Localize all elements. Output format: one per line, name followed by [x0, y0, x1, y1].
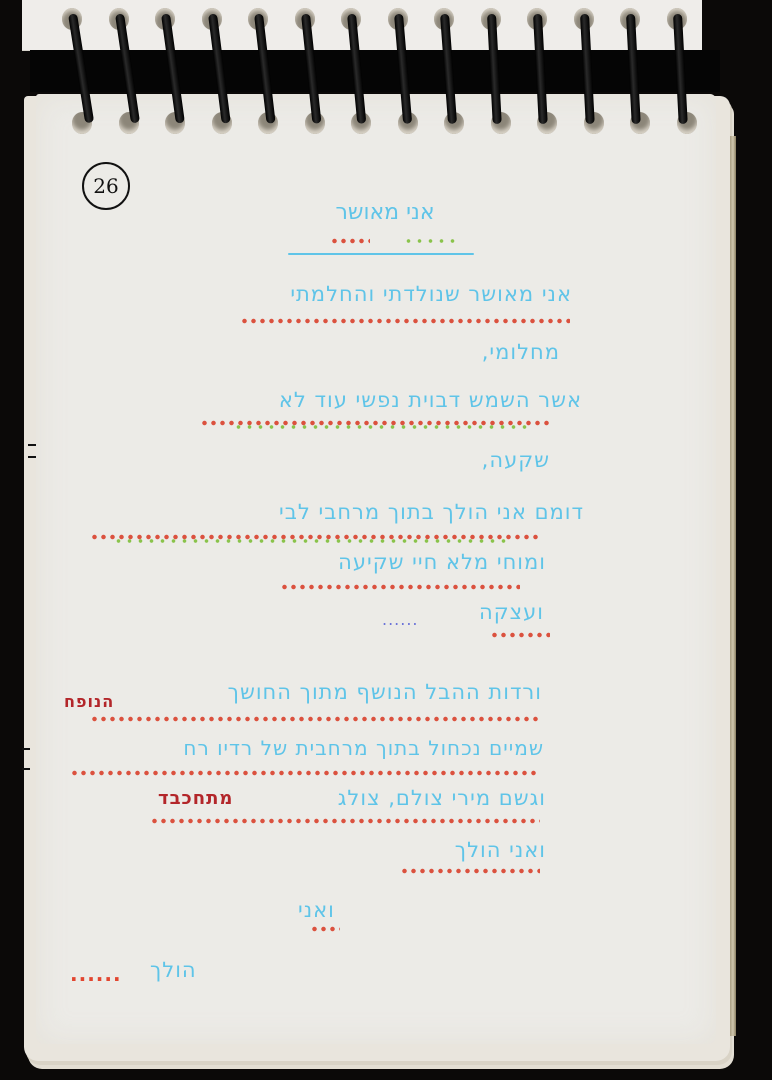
- vowel-points: [400, 238, 460, 244]
- vowel-points: [400, 868, 540, 874]
- margin-tick: [22, 748, 30, 750]
- poem-line: ואני: [298, 898, 335, 922]
- poem-line: ורדות ההבל הנושף מתוך החושך: [228, 680, 542, 704]
- vowel-points: [280, 584, 520, 590]
- vowel-points: [110, 538, 510, 544]
- poem-line: מחלומי,: [482, 340, 560, 364]
- vowel-points: [150, 818, 540, 824]
- title-underline: [288, 253, 474, 255]
- poem-line: אני מאושר שנולדתי והחלמתי: [290, 282, 572, 306]
- poem-line: ועצקה: [479, 600, 544, 624]
- poem-line: ומוחי מלא חיי שקיעה: [338, 550, 546, 574]
- margin-tick: [28, 456, 36, 458]
- vowel-points: [330, 238, 370, 244]
- page-number-circle: 26: [82, 162, 130, 210]
- poem-line: אשר השמש דבוית נפשי עוד לא: [279, 388, 582, 412]
- poem-title: אני מאושר: [290, 200, 480, 225]
- vowel-points: [310, 926, 340, 932]
- ellipsis: ......: [382, 610, 419, 629]
- ellipsis: ......: [70, 962, 122, 986]
- emphasis-word: מתחכבד: [158, 788, 233, 809]
- poem-line: וגשם מירי צולם, צולג: [338, 786, 546, 810]
- vowel-points: [90, 716, 540, 722]
- page-number: 26: [93, 174, 118, 198]
- margin-tick: [22, 768, 30, 770]
- margin-tick: [28, 444, 36, 446]
- poem-line: ואני הולך: [455, 838, 546, 862]
- vowel-points: [230, 424, 530, 430]
- poem-line: שקעה,: [482, 448, 550, 472]
- margin-word: הנופח: [64, 692, 114, 711]
- page-stack-edge: [730, 136, 736, 1036]
- poem-line: הולך: [150, 958, 197, 982]
- vowel-points: [490, 632, 550, 638]
- poem-line: שמיים נכחול בתוך מרחבית של רדיו רח: [183, 736, 544, 760]
- vowel-points: [240, 318, 570, 324]
- poem-line: דומם אני הולך בתוך מרחבי לבי: [279, 500, 584, 524]
- vowel-points: [70, 770, 540, 776]
